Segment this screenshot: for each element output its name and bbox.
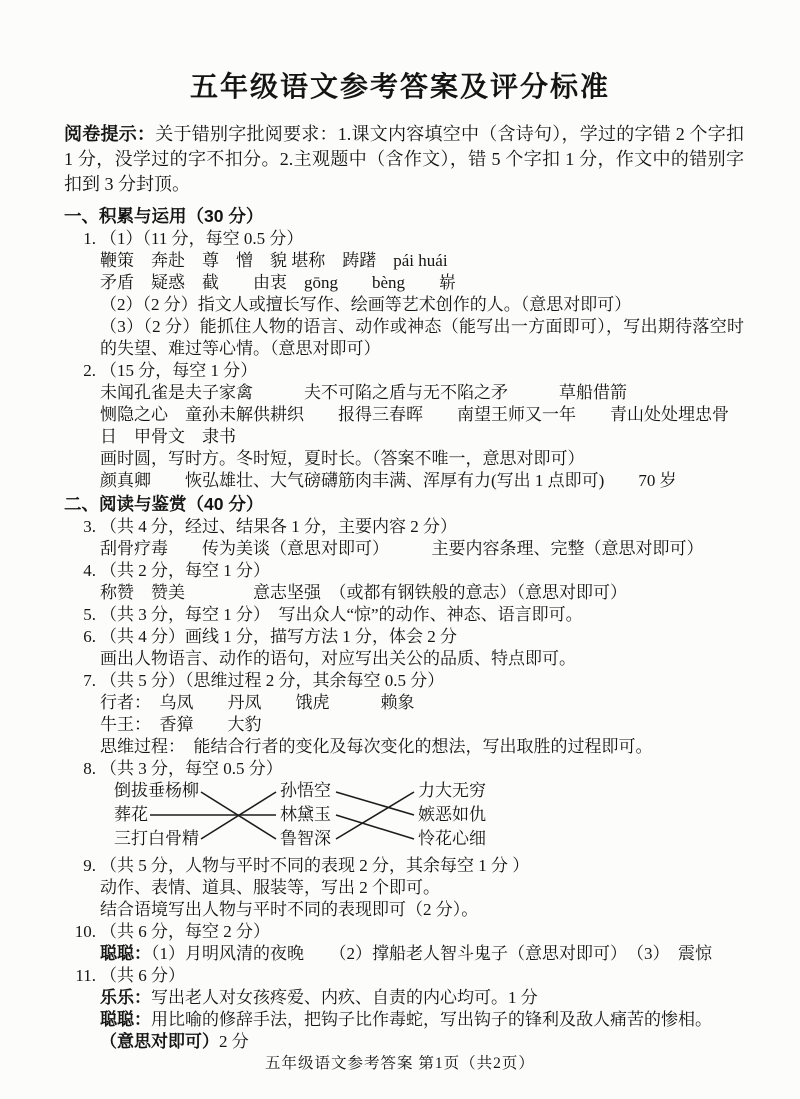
answer-item-3: 3. （共 4 分，经过、结果各 1 分，主要内容 2 分） 刮骨疗毒 传为美谈… [64, 516, 744, 560]
answer-line: （共 4 分，经过、结果各 1 分，主要内容 2 分） [100, 516, 744, 538]
answer-line: （3）（2 分）能抓住人物的语言、动作或神态（能写出一方面即可），写出期待落空时… [100, 316, 744, 360]
answer-line: （共 6 分） [100, 965, 744, 987]
speaker-label: 乐乐： [100, 988, 151, 1007]
answer-line: 颜真卿 恢弘雄壮、大气磅礴筋肉丰满、浑厚有力(写出 1 点即可) 70 岁 [100, 470, 744, 492]
grading-notice-text: 关于错别字批阅要求：1.课文内容填空中（含诗句），学过的字错 2 个字扣 1 分… [64, 124, 744, 194]
answer-line: 思维过程： 能结合行者的变化及每次变化的想法，写出取胜的过程即可。 [100, 736, 744, 758]
item-5-number: 5. [64, 604, 100, 626]
item-6-number: 6. [64, 626, 100, 648]
item-1-body: （1）（11 分，每空 0.5 分） 鞭策 奔赴 尊 憎 貌 堪称 踌躇 pái… [100, 228, 744, 360]
answer-line: 乐乐：写出老人对女孩疼爱、内疚、自责的内心均可。1 分 [100, 987, 744, 1009]
section-1-heading: 一、积累与运用（30 分） [64, 204, 744, 228]
answer-line: （2）（2 分）指文人或擅长写作、绘画等艺术创作的人。（意思对即可） [100, 294, 744, 316]
scanned-answer-key-page: 五年级语文参考答案及评分标准 阅卷提示：关于错别字批阅要求：1.课文内容填空中（… [0, 0, 800, 1099]
answer-line: （共 5 分，人物与平时不同的表现 2 分，其余每空 1 分 ） [100, 855, 744, 877]
item-10-body: （共 6 分，每空 2 分） 聪聪：（1）月明风清的夜晚 （2）撑船老人智斗鬼子… [100, 921, 744, 965]
answer-text: 写出老人对女孩疼爱、内疚、自责的内心均可。1 分 [151, 988, 538, 1007]
match-label-deed: 三打白骨精 [114, 829, 199, 849]
answer-line: 行者： 乌凤 丹凤 饿虎 赖象 [100, 692, 744, 714]
item-9-body: （共 5 分，人物与平时不同的表现 2 分，其余每空 1 分 ） 动作、表情、道… [100, 855, 744, 921]
match-label-trait: 怜花心细 [418, 829, 486, 849]
answer-item-11: 11. （共 6 分） 乐乐：写出老人对女孩疼爱、内疚、自责的内心均可。1 分 … [64, 965, 744, 1053]
answer-line: 刮骨疗毒 传为美谈（意思对即可） 主要内容条理、完整（意思对即可） [100, 538, 744, 560]
page-title: 五年级语文参考答案及评分标准 [0, 0, 800, 106]
speaker-label: 聪聪： [100, 1010, 151, 1029]
item-6-body: （共 4 分）画线 1 分，描写方法 1 分，体会 2 分 画出人物语言、动作的… [100, 626, 744, 670]
answer-item-6: 6. （共 4 分）画线 1 分，描写方法 1 分，体会 2 分 画出人物语言、… [64, 626, 744, 670]
answer-line: （15 分，每空 1 分） [100, 360, 744, 382]
grading-notice: 阅卷提示：关于错别字批阅要求：1.课文内容填空中（含诗句），学过的字错 2 个字… [64, 122, 744, 197]
item-2-number: 2. [64, 360, 100, 382]
item-5-body: （共 3 分，每空 1 分） 写出众人“惊”的动作、神态、语言即可。 [100, 604, 744, 626]
answer-line: 鞭策 奔赴 尊 憎 貌 堪称 踌躇 pái huái [100, 250, 744, 272]
page-footer: 五年级语文参考答案 第1页（共2页） [0, 1051, 800, 1073]
item-2-body: （15 分，每空 1 分） 未闻孔雀是夫子家禽 夫不可陷之盾与无不陷之矛 草船借… [100, 360, 744, 492]
answer-line: 未闻孔雀是夫子家禽 夫不可陷之盾与无不陷之矛 草船借箭 [100, 382, 744, 404]
answer-line: 画时圆，写时方。冬时短，夏时长。（答案不唯一，意思对即可） [100, 448, 744, 470]
section-2-heading: 二、阅读与鉴赏（40 分） [64, 492, 744, 516]
match-label-character: 鲁智深 [280, 829, 331, 849]
item-1-number: 1. [64, 228, 100, 250]
item-7-number: 7. [64, 670, 100, 692]
item-3-body: （共 4 分，经过、结果各 1 分，主要内容 2 分） 刮骨疗毒 传为美谈（意思… [100, 516, 744, 560]
answer-line: 动作、表情、道具、服装等，写出 2 个即可。 [100, 877, 744, 899]
answer-text: 用比喻的修辞手法，把钩子比作毒蛇，写出钩子的锋利及敌人痛苦的惨相。 [151, 1010, 712, 1029]
answer-item-5: 5. （共 3 分，每空 1 分） 写出众人“惊”的动作、神态、语言即可。 [64, 604, 744, 626]
speaker-label: 聪聪： [100, 944, 151, 963]
answer-item-9: 9. （共 5 分，人物与平时不同的表现 2 分，其余每空 1 分 ） 动作、表… [64, 855, 744, 921]
answer-line: 聪聪：用比喻的修辞手法，把钩子比作毒蛇，写出钩子的锋利及敌人痛苦的惨相。 [100, 1009, 744, 1031]
answer-item-7: 7. （共 5 分）（思维过程 2 分，其余每空 0.5 分） 行者： 乌凤 丹… [64, 670, 744, 758]
answer-line: 称赞 赞美 意志坚强 （或都有钢铁般的意志）（意思对即可） [100, 582, 744, 604]
item-3-number: 3. [64, 516, 100, 538]
item-9-number: 9. [64, 855, 100, 877]
page-content: 阅卷提示：关于错别字批阅要求：1.课文内容填空中（含诗句），学过的字错 2 个字… [0, 106, 800, 1053]
answer-line: （共 4 分）画线 1 分，描写方法 1 分，体会 2 分 [100, 626, 744, 648]
note-label: （意思对即可） [100, 1032, 219, 1051]
match-line [336, 815, 414, 839]
item-4-number: 4. [64, 560, 100, 582]
answer-line: 恻隐之心 童孙未解供耕织 报得三春晖 南望王师又一年 青山处处埋忠骨 [100, 404, 744, 426]
item-8-body: （共 3 分，每空 0.5 分） 倒拔垂杨柳 葬花 三打白骨精 孙悟空 林黛玉 [100, 758, 744, 855]
item-4-body: （共 2 分，每空 1 分） 称赞 赞美 意志坚强 （或都有钢铁般的意志）（意思… [100, 560, 744, 604]
match-line [336, 792, 414, 815]
item-10-number: 10. [64, 921, 100, 943]
match-label-character: 孙悟空 [280, 781, 331, 801]
answer-line: （1）（11 分，每空 0.5 分） [100, 228, 744, 250]
answer-line: 画出人物语言、动作的语句，对应写出关公的品质、特点即可。 [100, 648, 744, 670]
answer-line: （意思对即可）2 分 [100, 1031, 744, 1053]
answer-item-1: 1. （1）（11 分，每空 0.5 分） 鞭策 奔赴 尊 憎 貌 堪称 踌躇 … [64, 228, 744, 360]
item-8-number: 8. [64, 758, 100, 780]
answer-line: （共 3 分，每空 1 分） 写出众人“惊”的动作、神态、语言即可。 [100, 604, 744, 626]
match-label-deed: 倒拔垂杨柳 [114, 781, 199, 801]
answer-line: （共 2 分，每空 1 分） [100, 560, 744, 582]
item-11-body: （共 6 分） 乐乐：写出老人对女孩疼爱、内疚、自责的内心均可。1 分 聪聪：用… [100, 965, 744, 1053]
answer-line: 结合语境写出人物与平时不同的表现即可（2 分）。 [100, 899, 744, 921]
answer-line: （共 5 分）（思维过程 2 分，其余每空 0.5 分） [100, 670, 744, 692]
answer-line: （共 6 分，每空 2 分） [100, 921, 744, 943]
answer-line: 聪聪：（1）月明风清的夜晚 （2）撑船老人智斗鬼子（意思对即可） （3） 震惊 [100, 943, 744, 965]
matching-diagram: 倒拔垂杨柳 葬花 三打白骨精 孙悟空 林黛玉 鲁智深 力大无穷 嫉恶如仇 怜花心… [100, 781, 530, 853]
answer-text: 2 分 [219, 1032, 249, 1051]
answer-line: 牛王： 香獐 大豹 [100, 714, 744, 736]
item-7-body: （共 5 分）（思维过程 2 分，其余每空 0.5 分） 行者： 乌凤 丹凤 饿… [100, 670, 744, 758]
answer-line: 矛盾 疑惑 截 由衷 gōng bèng 崭 [100, 272, 744, 294]
answer-text: （1）月明风清的夜晚 （2）撑船老人智斗鬼子（意思对即可） （3） 震惊 [151, 944, 712, 963]
match-line [336, 792, 414, 839]
match-label-trait: 力大无穷 [418, 781, 486, 801]
answer-line: （共 3 分，每空 0.5 分） [100, 758, 744, 780]
match-label-deed: 葬花 [114, 805, 148, 825]
answer-item-10: 10. （共 6 分，每空 2 分） 聪聪：（1）月明风清的夜晚 （2）撑船老人… [64, 921, 744, 965]
grading-notice-label: 阅卷提示： [64, 124, 155, 144]
item-11-number: 11. [64, 965, 100, 987]
answer-line: 日 甲骨文 隶书 [100, 426, 744, 448]
match-label-character: 林黛玉 [280, 805, 331, 825]
answer-item-8: 8. （共 3 分，每空 0.5 分） 倒拔垂杨柳 葬花 三打白骨精 孙 [64, 758, 744, 855]
answer-item-4: 4. （共 2 分，每空 1 分） 称赞 赞美 意志坚强 （或都有钢铁般的意志）… [64, 560, 744, 604]
match-label-trait: 嫉恶如仇 [418, 805, 486, 825]
answer-item-2: 2. （15 分，每空 1 分） 未闻孔雀是夫子家禽 夫不可陷之盾与无不陷之矛 … [64, 360, 744, 492]
